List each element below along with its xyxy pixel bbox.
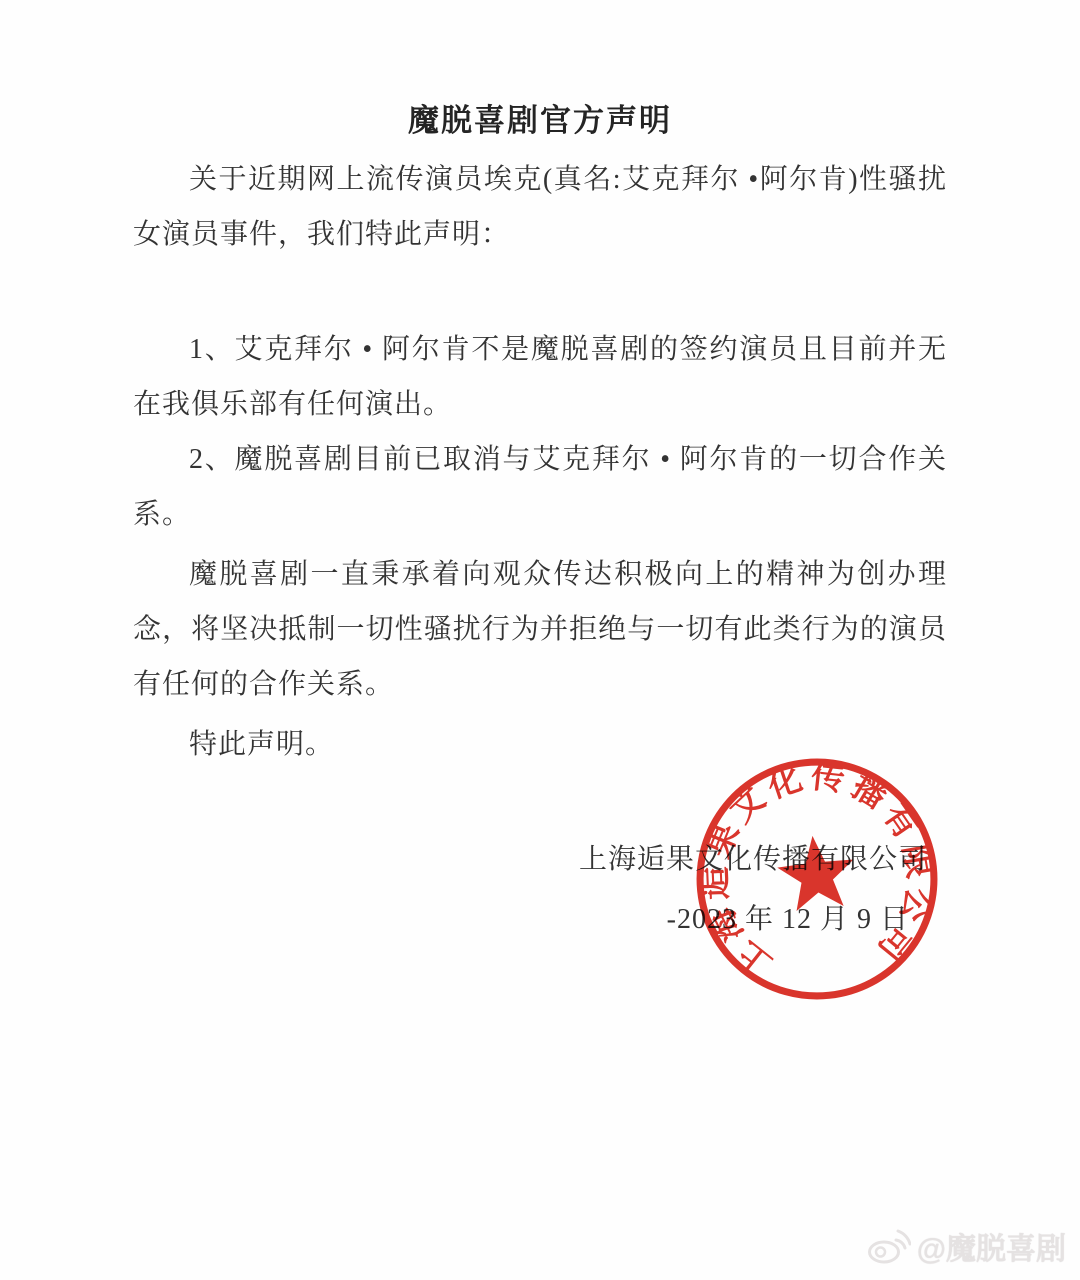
weibo-watermark: @魔脱喜剧 xyxy=(867,1224,1066,1268)
statement-items: 1、艾克拜尔 • 阿尔肯不是魔脱喜剧的签约演员且目前并无在我俱乐部有任何演出。 … xyxy=(133,322,947,542)
signature-date: -2023 年 12 月 9 日 xyxy=(133,892,947,947)
statement-item-1: 1、艾克拜尔 • 阿尔肯不是魔脱喜剧的签约演员且目前并无在我俱乐部有任何演出。 xyxy=(133,322,947,432)
weibo-icon xyxy=(867,1227,911,1265)
paragraph-body: 魔脱喜剧一直秉承着向观众传达积极向上的精神为创办理念，将坚决抵制一切性骚扰行为并… xyxy=(133,547,947,712)
statement-item-2: 2、魔脱喜剧目前已取消与艾克拜尔 • 阿尔肯的一切合作关系。 xyxy=(133,432,947,542)
statement-document-page: 魔脱喜剧官方声明 关于近期网上流传演员埃克(真名:艾克拜尔 •阿尔肯)性骚扰女演… xyxy=(0,0,1080,1280)
paragraph-intro: 关于近期网上流传演员埃克(真名:艾克拜尔 •阿尔肯)性骚扰女演员事件，我们特此声… xyxy=(133,152,947,262)
page-title: 魔脱喜剧官方声明 xyxy=(0,95,1080,140)
signature-company: 上海逅果文化传播有限公司 xyxy=(133,832,947,887)
watermark-handle: @魔脱喜剧 xyxy=(917,1224,1066,1268)
paragraph-closing: 特此声明。 xyxy=(133,717,947,772)
